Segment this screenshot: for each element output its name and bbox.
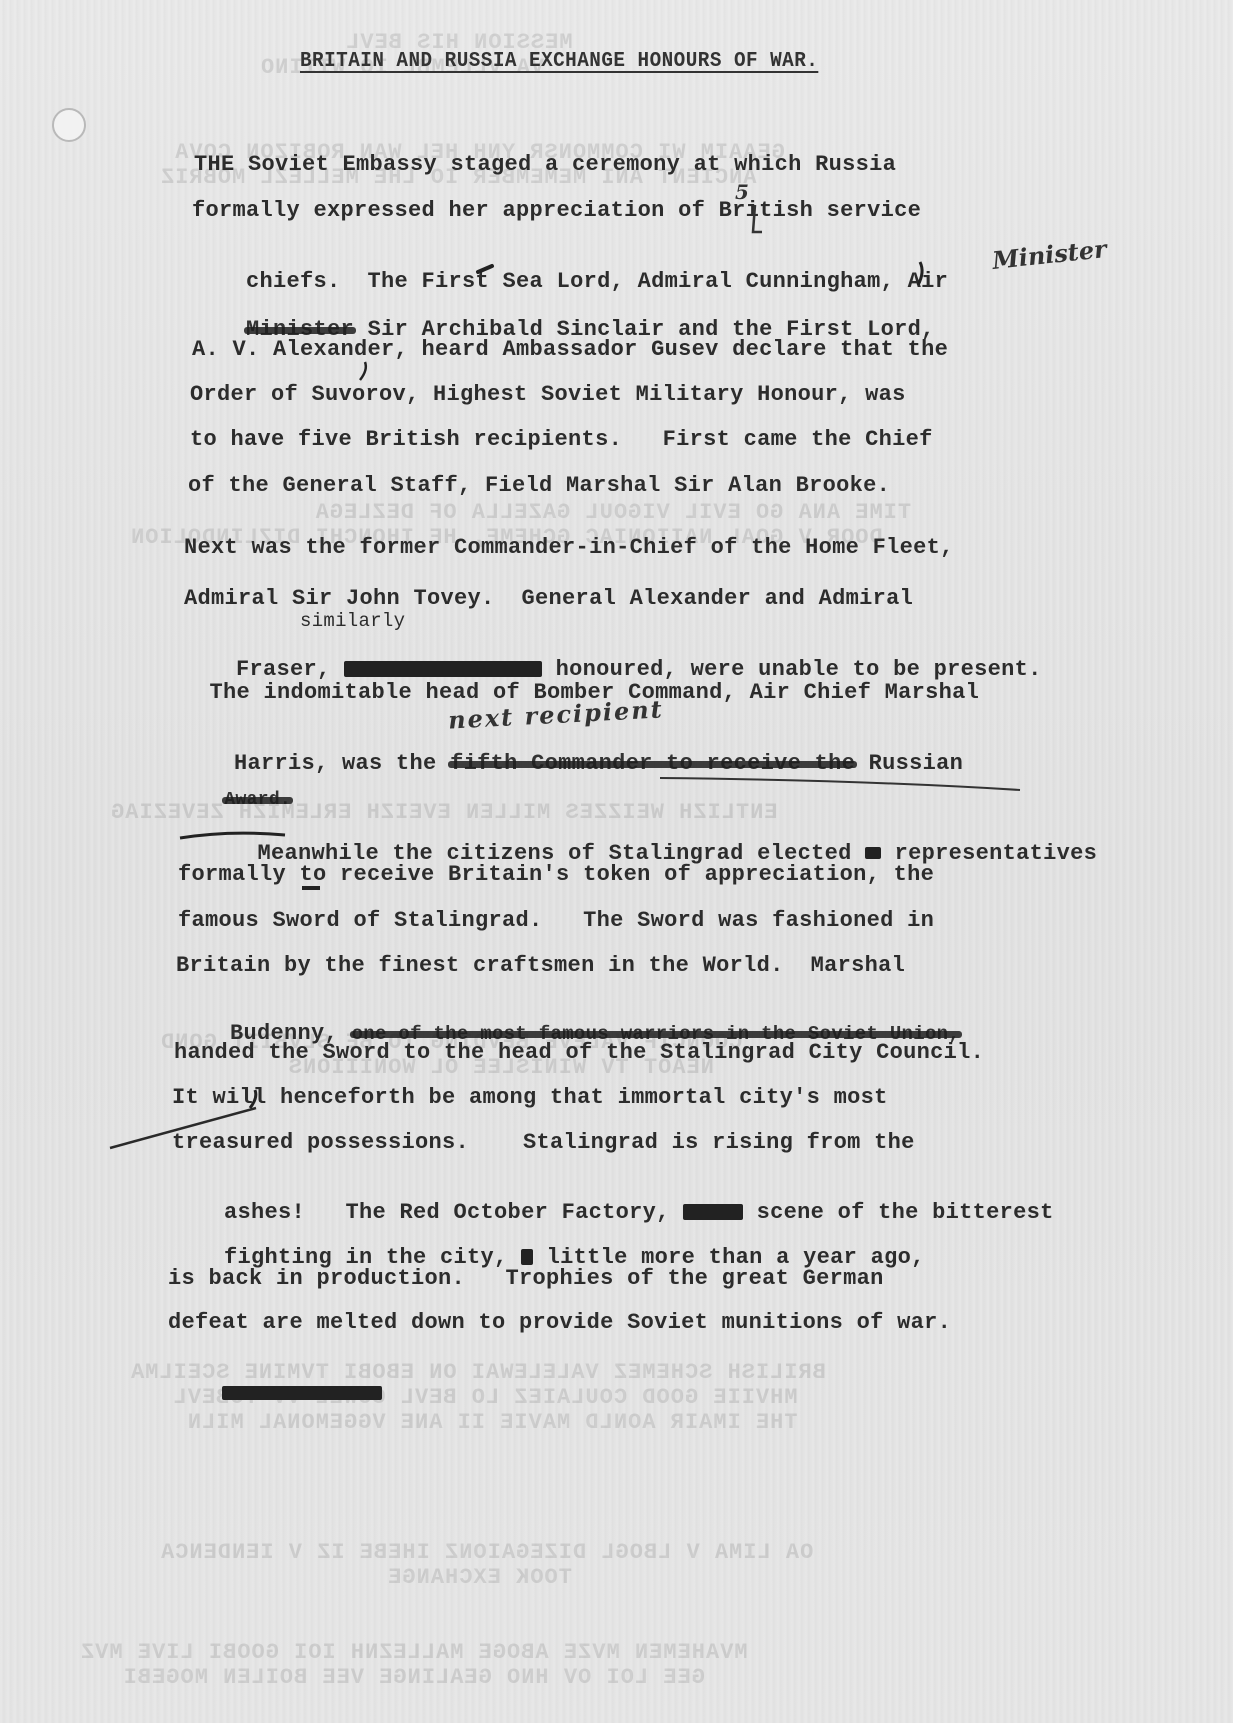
redaction-mark <box>222 1386 382 1400</box>
text-line: formally expressed her appreciation of B… <box>192 198 921 223</box>
redaction-mark <box>344 661 542 677</box>
handwritten-annotation: Minister <box>991 234 1108 275</box>
text-line: THE Soviet Embassy staged a ceremony at … <box>194 152 896 177</box>
text-line: is back in production. Trophies of the g… <box>168 1266 884 1291</box>
text-line: It will henceforth be among that immorta… <box>172 1085 888 1110</box>
text-line: to have five British recipients. First c… <box>190 427 933 452</box>
bleed-through-text: OA LIMA V LBOGL DIZEGAIONZ IHEBE IZ V IE… <box>160 1540 813 1590</box>
text-fragment: chiefs. The First Sea Lord, Admiral Cunn… <box>246 269 948 294</box>
text-line: defeat are melted down to provide Soviet… <box>168 1310 951 1335</box>
text-line: handed the Sword to the head of the Stal… <box>174 1040 984 1065</box>
document-title: BRITAIN AND RUSSIA EXCHANGE HONOURS OF W… <box>300 50 818 73</box>
text-line: Harris, was the fifth Commander to recei… <box>180 726 963 801</box>
struck-word: Award. <box>224 790 291 810</box>
text-line: treasured possessions. Stalingrad is ris… <box>172 1130 915 1155</box>
text-line: Next was the former Commander-in-Chief o… <box>184 535 954 560</box>
text-line <box>168 1356 382 1431</box>
text-line: of the General Staff, Field Marshal Sir … <box>188 473 890 498</box>
struck-phrase: fifth Commander to receive the <box>450 751 855 776</box>
text-line: formally to receive Britain's token of a… <box>178 862 934 887</box>
text-line: Admiral Sir John Tovey. General Alexande… <box>184 586 913 611</box>
handwritten-insert: 5 <box>735 180 749 204</box>
text-line: famous Sword of Stalingrad. The Sword wa… <box>178 908 934 933</box>
redaction-mark <box>865 847 881 859</box>
text-fragment: Fraser, <box>236 657 331 682</box>
document-page: MESSION HIS BEVL VA VLLEMBL IO WIIINO GE… <box>0 0 1233 1723</box>
bleed-through-text: MVAHEMEN MVZE ABOGE MALLEZNH IOI GOOBI L… <box>80 1640 748 1690</box>
text-line: Britain by the finest craftsmen in the W… <box>176 953 905 978</box>
text-line: A. V. Alexander, heard Ambassador Gusev … <box>192 337 948 362</box>
punch-hole <box>52 108 86 142</box>
typed-insertion: similarly <box>300 610 405 632</box>
text-fragment: Russian <box>869 751 964 776</box>
text-line: Order of Suvorov, Highest Soviet Militar… <box>190 382 906 407</box>
text-fragment: honoured, were unable to be present. <box>556 657 1042 682</box>
redaction-mark <box>521 1249 533 1265</box>
redaction-mark <box>683 1204 743 1220</box>
